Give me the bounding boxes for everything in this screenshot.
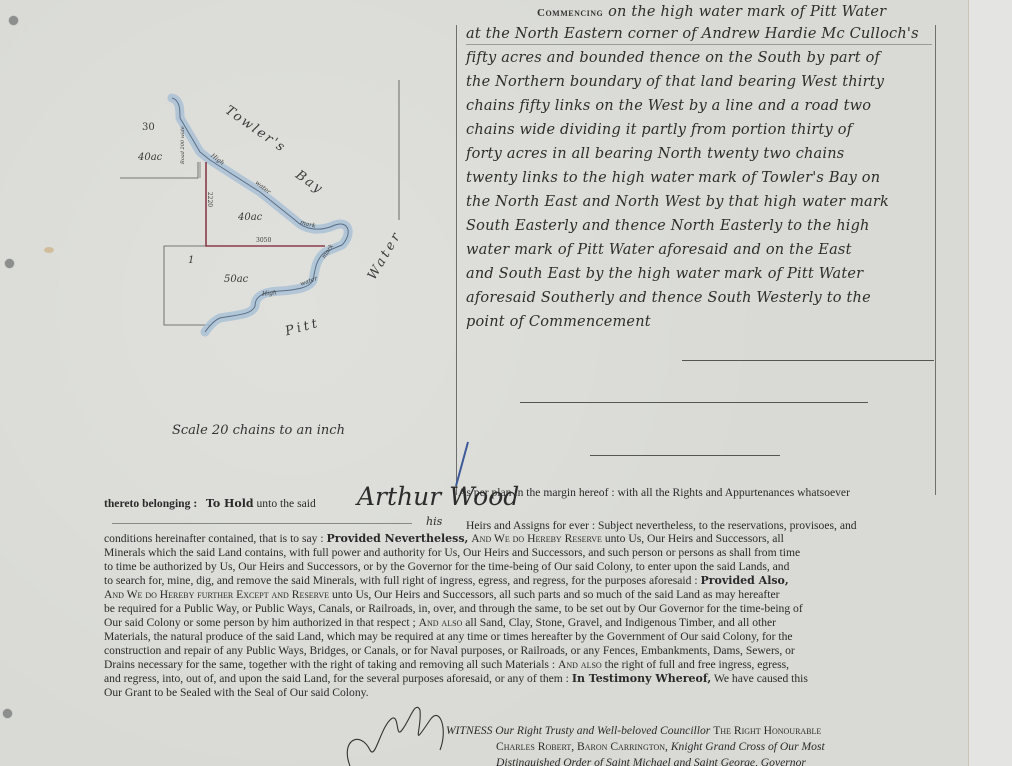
description-line: forty acres in all bearing North twenty … <box>466 146 844 162</box>
body-text: to search for, mine, dig, and remove the… <box>104 574 698 587</box>
description-line: chains wide dividing it partly from port… <box>466 122 852 138</box>
ruled-line <box>466 44 932 45</box>
and-also: And also <box>558 658 602 671</box>
governor-signature <box>340 700 460 766</box>
deed-paper: 30 40ac Road 200 wide Towler's Bay High … <box>0 0 969 766</box>
foxing-stain <box>44 247 54 253</box>
body-text: all Sand, Clay, Stone, Gravel, and Indig… <box>465 616 776 629</box>
witness-text: Our Right Trusty and Well-beloved Counci… <box>495 724 710 737</box>
west-boundary-length: 2220 <box>206 192 213 207</box>
and-also: And also <box>419 616 463 629</box>
body-line: Our Grant to be Sealed with the Seal of … <box>104 686 369 699</box>
provided-also: Provided Also, <box>700 574 788 587</box>
binding-hole <box>3 709 12 718</box>
grantee-name: Arthur Wood <box>357 482 519 511</box>
witness-title: The Right Honourable <box>713 724 821 737</box>
survey-plan-drawing <box>120 80 420 350</box>
governor-name: Charles Robert, Baron Carrington, <box>496 740 668 753</box>
lower-hwm-high: High <box>262 289 277 297</box>
conditions-text: conditions hereinafter contained, that i… <box>104 532 324 545</box>
body-text: and regress, into, out of, and upon the … <box>104 672 569 685</box>
land-description-box <box>456 25 936 495</box>
witness-text: Knight Grand Cross of Our Most <box>671 740 825 753</box>
description-line: point of Commencement <box>466 314 651 330</box>
witness-line: WITNESS Our Right Trusty and Well-belove… <box>446 724 821 737</box>
description-line: at the North Eastern corner of Andrew Ha… <box>466 26 919 42</box>
reserve-clause: And We do Hereby Reserve <box>471 532 602 545</box>
body-line: conditions hereinafter contained, that i… <box>104 532 784 545</box>
body-text: the right of full and free ingress, egre… <box>605 658 789 671</box>
portion-30-number: 30 <box>142 122 155 133</box>
description-line: the Northern boundary of that land beari… <box>466 74 884 90</box>
description-line: water mark of Pitt Water aforesaid and o… <box>466 242 852 258</box>
body-line: to time be authorized by Us, Our Heirs a… <box>104 560 789 573</box>
body-text: We have caused this <box>714 672 808 685</box>
description-line: the North East and North West by that hi… <box>466 194 889 210</box>
description-line: on the high water mark of Pitt Water <box>608 4 886 20</box>
binding-hole <box>9 16 18 25</box>
body-line: Heirs and Assigns for ever : Subject nev… <box>466 519 857 532</box>
witness-line: Charles Robert, Baron Carrington, Knight… <box>496 740 825 753</box>
description-end-rule <box>682 360 934 361</box>
road-label: Road 200 wide <box>180 126 186 164</box>
binding-hole <box>5 259 14 268</box>
description-line: aforesaid Southerly and thence South Wes… <box>466 290 871 306</box>
his-handwritten: his <box>426 515 442 528</box>
body-line: Drains necessary for the same, together … <box>104 658 789 671</box>
to-hold-heading: To Hold <box>206 497 254 510</box>
in-testimony-whereof: In Testimony Whereof, <box>572 672 711 685</box>
body-text: Drains necessary for the same, together … <box>104 658 555 671</box>
description-line: fifty acres and bounded thence on the So… <box>466 50 880 66</box>
blank-rule <box>590 455 780 456</box>
portion-1-number: 1 <box>188 255 194 266</box>
body-text: unto Us, Our Heirs and Successors, all s… <box>332 588 780 601</box>
except-reserve-clause: And We do Hereby further Except and Rese… <box>104 588 329 601</box>
portion-30-area: 40ac <box>138 152 162 163</box>
description-line: twenty links to the high water mark of T… <box>466 170 880 186</box>
to-hold-line: thereto belonging : To Hold unto the sai… <box>104 497 316 510</box>
body-line: Our said Colony or some person by him au… <box>104 616 776 629</box>
commencing-lead: Commencing <box>537 7 603 19</box>
portion-1-area: 50ac <box>224 274 248 285</box>
body-line: be required for a Public Way, or Public … <box>104 602 803 615</box>
body-line: construction and repair of any Public Wa… <box>104 644 795 657</box>
description-line: and South East by the high water mark of… <box>466 266 863 282</box>
body-line: and regress, into, out of, and upon the … <box>104 672 808 685</box>
body-line: to search for, mine, dig, and remove the… <box>104 574 789 587</box>
subject-area: 40ac <box>238 212 262 223</box>
body-text: unto Us, Our Heirs and Successors, all <box>605 532 784 545</box>
description-line: South Easterly and thence North Easterly… <box>466 218 870 234</box>
body-line: Materials, the natural produce of the sa… <box>104 630 793 643</box>
description-line: chains fifty links on the West by a line… <box>466 98 871 114</box>
provided-nevertheless: Provided Nevertheless, <box>326 532 468 545</box>
south-boundary-length: 3050 <box>256 237 271 244</box>
body-line: And We do Hereby further Except and Rese… <box>104 588 779 601</box>
witness-line: Distinguished Order of Saint Michael and… <box>496 756 806 766</box>
blank-rule <box>520 402 868 403</box>
body-line: Minerals which the said Land contains, w… <box>104 546 800 559</box>
thereto-belonging: thereto belonging : <box>104 497 197 510</box>
name-rule <box>112 523 412 524</box>
unto-the-said: unto the said <box>257 497 316 510</box>
survey-plan: 30 40ac Road 200 wide Towler's Bay High … <box>120 80 420 350</box>
description-first-line: Commencing on the high water mark of Pit… <box>537 4 886 20</box>
body-text: Our said Colony or some person by him au… <box>104 616 416 629</box>
map-scale: Scale 20 chains to an inch <box>172 423 345 438</box>
